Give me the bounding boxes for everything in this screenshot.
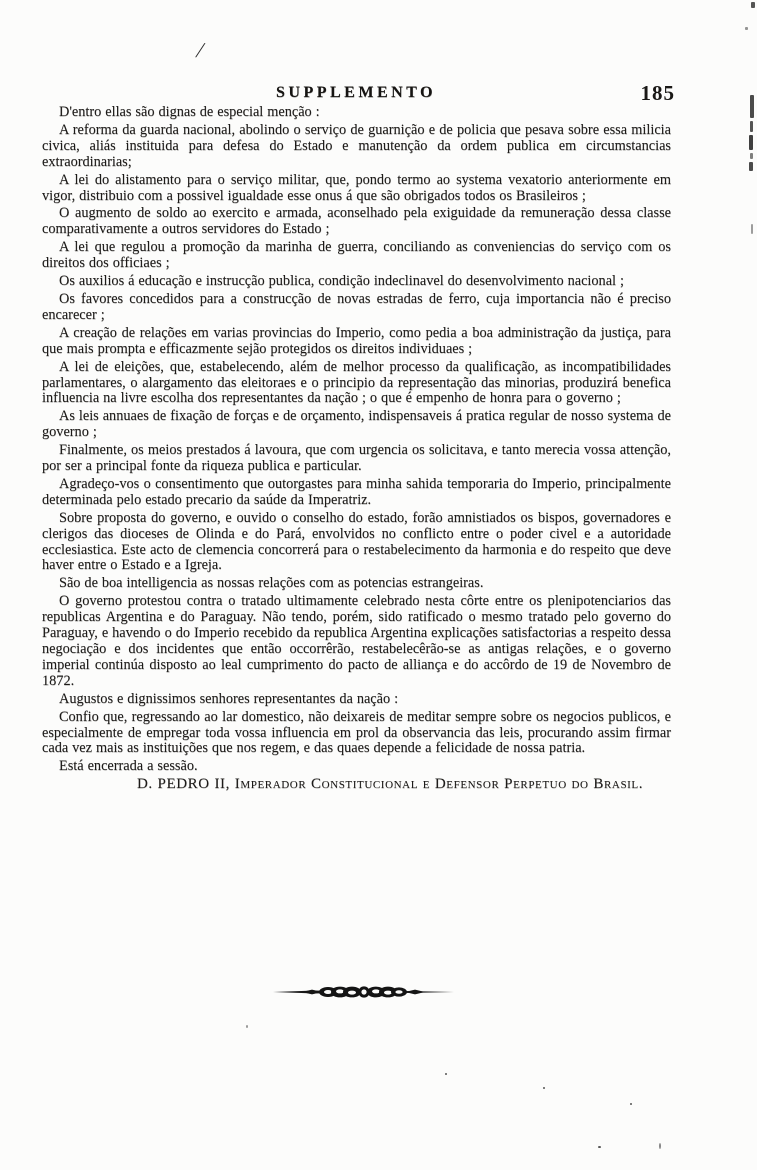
paragraph: Agradeço-vos o consentimento que outorga…: [42, 477, 671, 509]
paragraph: D'entro ellas são dignas de especial men…: [42, 105, 671, 121]
scan-speck: [598, 1146, 601, 1148]
signature-name: D. PEDRO II,: [137, 776, 230, 792]
paragraph: A creação de relações em varias provinci…: [42, 326, 671, 358]
royal-signature-line: D. PEDRO II, Imperador Constitucional e …: [42, 777, 671, 793]
scan-smudge: [749, 135, 753, 150]
scan-speck: [246, 1025, 248, 1028]
paragraph: O augmento de soldo ao exercito e armada…: [42, 206, 671, 238]
document-body: D'entro ellas são dignas de especial men…: [42, 105, 671, 795]
scan-smudge: [750, 153, 753, 159]
paragraph: Os favores concedidos para a construcção…: [42, 292, 671, 324]
scan-speck: [659, 1143, 661, 1149]
page-number: 185: [641, 81, 676, 106]
page-title: SUPPLEMENTO: [42, 84, 670, 102]
paragraph: A lei do alistamento para o serviço mili…: [42, 173, 671, 205]
scan-smudge: [751, 2, 755, 8]
paragraph: São de boa intelligencia as nossas relaç…: [42, 576, 671, 592]
scan-smudge: [749, 162, 753, 171]
paragraph: Está encerrada a sessão.: [42, 759, 671, 775]
scan-smudge: [750, 121, 753, 132]
paragraph: Confio que, regressando ao lar domestico…: [42, 710, 671, 758]
divider-ornament-icon: [272, 983, 455, 1001]
scan-smudge: [751, 224, 753, 234]
paragraph: A lei de eleições, que, estabelecendo, a…: [42, 360, 671, 408]
scan-speck: [630, 1103, 632, 1105]
handwritten-slash-mark: /: [195, 38, 204, 63]
scan-smudge: [745, 27, 748, 30]
paragraph: Finalmente, os meios prestados á lavoura…: [42, 443, 671, 475]
scan-smudge: [750, 95, 754, 118]
scan-speck: [445, 1073, 447, 1075]
paragraph: Augustos e dignissimos senhores represen…: [42, 692, 671, 708]
paragraph: A lei que regulou a promoção da marinha …: [42, 240, 671, 272]
paragraph: A reforma da guarda nacional, abolindo o…: [42, 123, 671, 171]
paragraph: As leis annuaes de fixação de forças e d…: [42, 409, 671, 441]
scanned-document-page: / SUPPLEMENTO 185 D'entro ellas são dign…: [0, 0, 757, 1170]
paragraph: O governo protestou contra o tratado ult…: [42, 594, 671, 689]
paragraph: Sobre proposta do governo, e ouvido o co…: [42, 511, 671, 575]
signature-title: Imperador Constitucional e Defensor Perp…: [235, 776, 643, 792]
paragraph: Os auxilios á educação e instrucção publ…: [42, 274, 671, 290]
scan-speck: [543, 1087, 545, 1089]
